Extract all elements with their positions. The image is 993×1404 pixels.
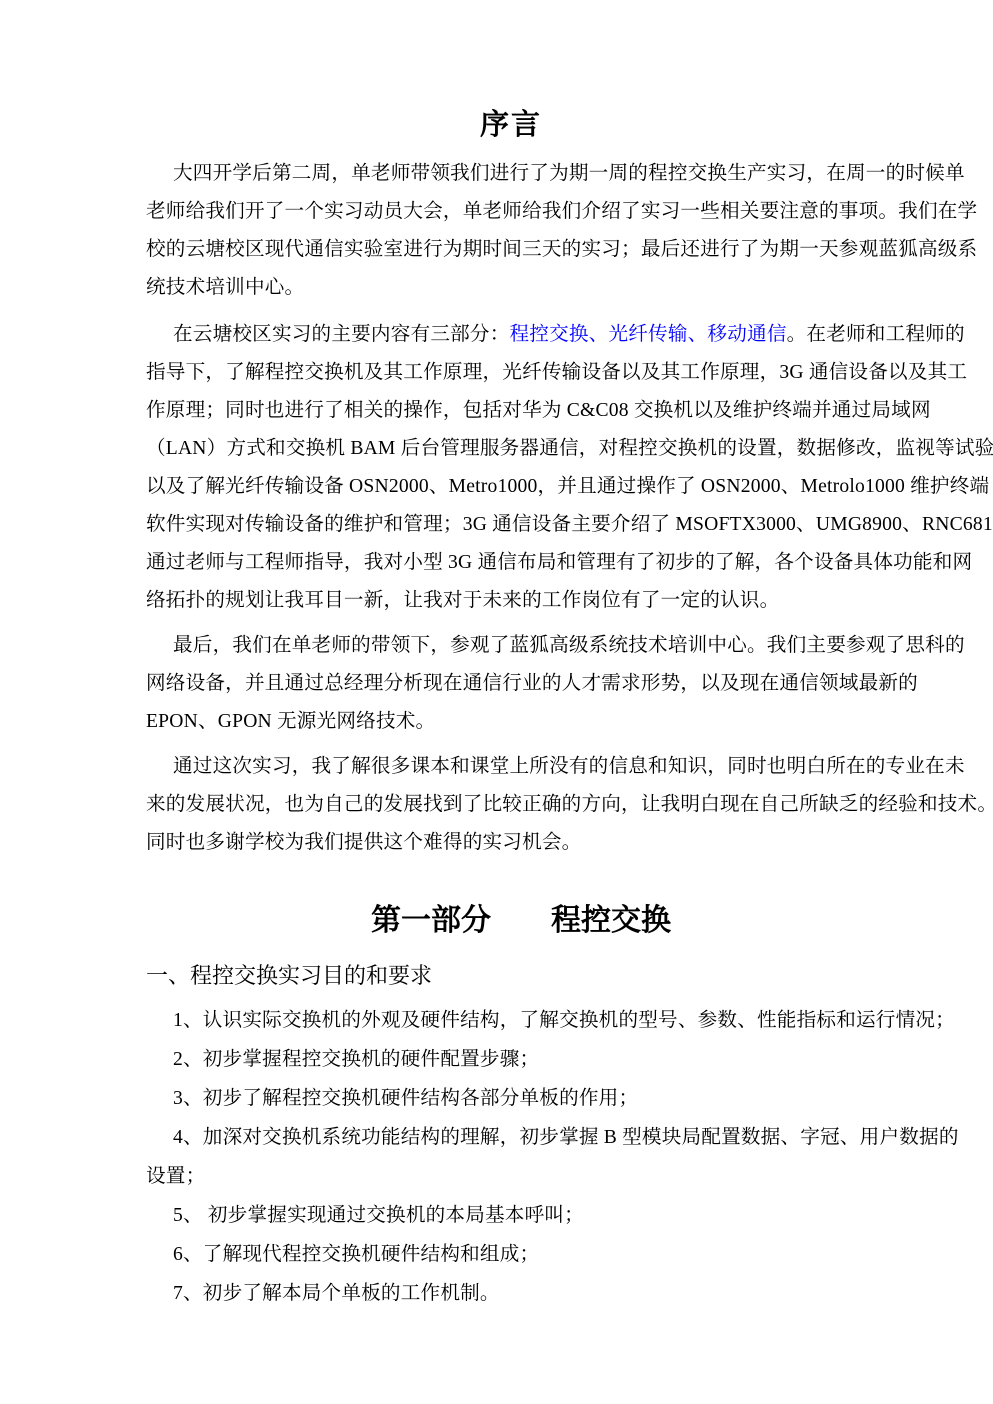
requirements-list: 1、认识实际交换机的外观及硬件结构，了解交换机的型号、参数、性能指标和运行情况；… [146, 1001, 966, 1313]
text-line: 校的云塘校区现代通信实验室进行为期时间三天的实习；最后还进行了为期一天参观蓝狐高… [146, 231, 966, 269]
document-content: 序言 大四开学后第二周，单老师带领我们进行了为期一周的程控交换生产实习，在周一的… [146, 104, 966, 1313]
text-line: EPON、GPON 无源光网络技术。 [146, 703, 966, 741]
text-line: 以及了解光纤传输设备 OSN2000、Metro1000，并且通过操作了 OSN… [146, 468, 966, 506]
list-item: 1、认识实际交换机的外观及硬件结构，了解交换机的型号、参数、性能指标和运行情况； [146, 1001, 966, 1040]
text-line: 在云塘校区实习的主要内容有三部分：程控交换、光纤传输、移动通信。在老师和工程师的 [146, 316, 966, 354]
document-page: 序言 大四开学后第二周，单老师带领我们进行了为期一周的程控交换生产实习，在周一的… [0, 0, 993, 1404]
text-segment: 。在老师和工程师的 [787, 324, 965, 345]
preface-paragraph-3: 最后，我们在单老师的带领下，参观了蓝狐高级系统技术培训中心。我们主要参观了思科的… [146, 627, 966, 741]
highlighted-terms: 程控交换、光纤传输、移动通信 [510, 324, 787, 345]
text-line: 作原理；同时也进行了相关的操作，包括对华为 C&C08 交换机以及维护终端并通过… [146, 392, 966, 430]
text-line: 软件实现对传输设备的维护和管理；3G 通信设备主要介绍了 MSOFTX3000、… [146, 506, 966, 544]
text-line: 网络设备，并且通过总经理分析现在通信行业的人才需求形势，以及现在通信领域最新的 [146, 665, 966, 703]
text-line: 通过这次实习，我了解很多课本和课堂上所没有的信息和知识，同时也明白所在的专业在未 [146, 748, 966, 786]
list-item: 4、加深对交换机系统功能结构的理解，初步掌握 B 型模块局配置数据、字冠、用户数… [146, 1118, 966, 1157]
text-line: 老师给我们开了一个实习动员大会，单老师给我们介绍了实习一些相关要注意的事项。我们… [146, 193, 966, 231]
list-item-continuation: 设置； [146, 1157, 966, 1196]
text-line: 最后，我们在单老师的带领下，参观了蓝狐高级系统技术培训中心。我们主要参观了思科的 [146, 627, 966, 665]
text-line: 指导下，了解程控交换机及其工作原理，光纤传输设备以及其工作原理，3G 通信设备以… [146, 354, 966, 392]
list-item: 6、了解现代程控交换机硬件结构和组成； [146, 1235, 966, 1274]
list-item: 7、初步了解本局个单板的工作机制。 [146, 1274, 966, 1313]
text-line: （LAN）方式和交换机 BAM 后台管理服务器通信，对程控交换机的设置，数据修改… [146, 430, 966, 468]
text-line: 通过老师与工程师指导，我对小型 3G 通信布局和管理有了初步的了解，各个设备具体… [146, 544, 966, 582]
part1-heading: 第一部分 程控交换 [146, 899, 896, 943]
text-line: 大四开学后第二周，单老师带领我们进行了为期一周的程控交换生产实习，在周一的时候单 [146, 155, 966, 193]
page-title: 序言 [146, 104, 876, 146]
preface-paragraph-1: 大四开学后第二周，单老师带领我们进行了为期一周的程控交换生产实习，在周一的时候单… [146, 155, 966, 307]
list-item: 2、初步掌握程控交换机的硬件配置步骤； [146, 1040, 966, 1079]
preface-paragraph-4: 通过这次实习，我了解很多课本和课堂上所没有的信息和知识，同时也明白所在的专业在未… [146, 748, 966, 862]
text-line: 络拓扑的规划让我耳目一新，让我对于未来的工作岗位有了一定的认识。 [146, 582, 966, 620]
list-item: 5、 初步掌握实现通过交换机的本局基本呼叫； [146, 1196, 966, 1235]
text-segment: 在云塘校区实习的主要内容有三部分： [173, 324, 510, 345]
text-line: 来的发展状况，也为自己的发展找到了比较正确的方向，让我明白现在自己所缺乏的经验和… [146, 786, 966, 824]
text-line: 统技术培训中心。 [146, 269, 966, 307]
preface-paragraph-2: 在云塘校区实习的主要内容有三部分：程控交换、光纤传输、移动通信。在老师和工程师的… [146, 316, 966, 620]
list-item: 3、初步了解程控交换机硬件结构各部分单板的作用； [146, 1079, 966, 1118]
text-line: 同时也多谢学校为我们提供这个难得的实习机会。 [146, 824, 966, 862]
section1-title: 一、程控交换实习目的和要求 [146, 959, 966, 993]
